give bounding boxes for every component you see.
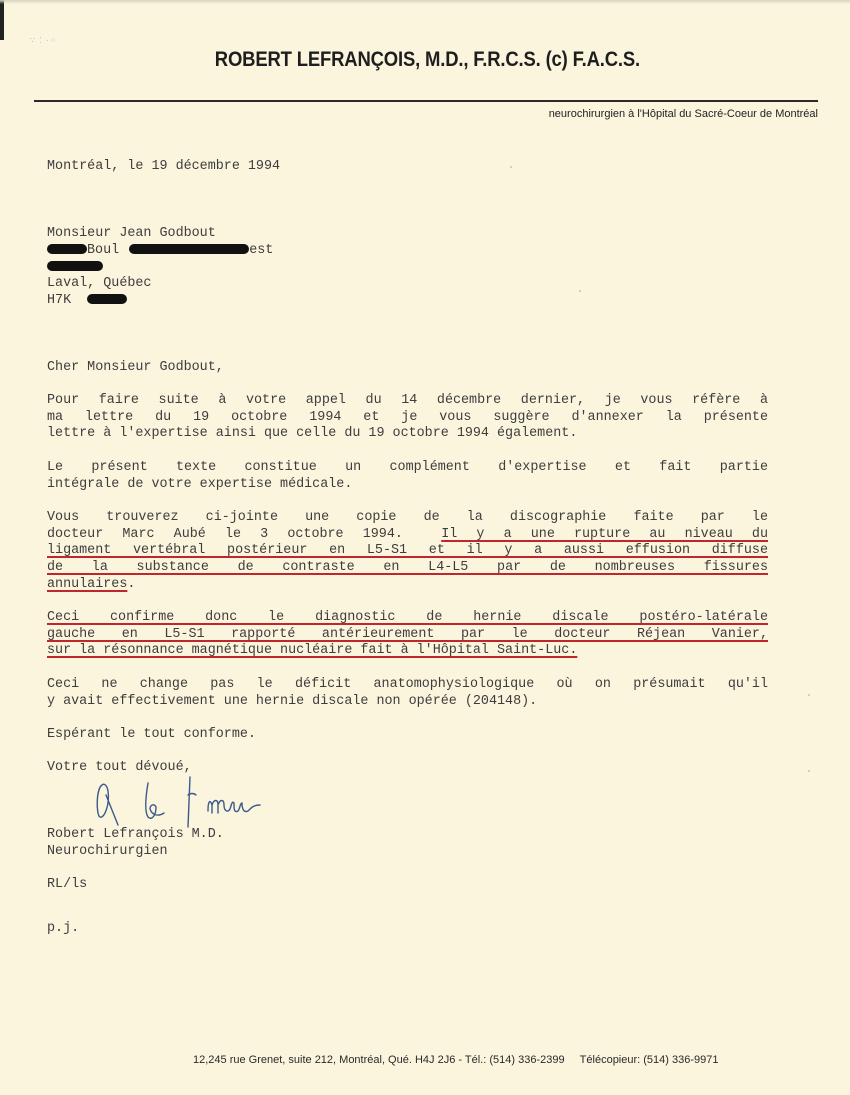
paper-speck: [808, 694, 810, 696]
closing-hope: Espérant le tout conforme.: [47, 727, 256, 744]
letterhead-subtitle: neurochirurgien à l'Hôpital du Sacré-Coe…: [549, 108, 818, 120]
date-line: Montréal, le 19 décembre 1994: [47, 159, 280, 176]
paragraph-2: Le présent texte constitue un complément…: [47, 460, 768, 493]
recipient-postal: H7K: [47, 293, 127, 310]
paragraph-5: Ceci ne change pas le déficit anatomophy…: [47, 677, 768, 710]
signer-name: Robert Lefrançois M.D.: [47, 827, 224, 844]
highlighted-text: annulaires: [47, 577, 127, 592]
letterhead-name: ROBERT LEFRANÇOIS, M.D., F.R.C.S. (c) F.…: [53, 48, 801, 72]
highlighted-text: sur la résonnance magnétique nucléaire f…: [47, 643, 577, 658]
redaction-mark: [87, 294, 127, 304]
footer-contact: 12,245 rue Grenet, suite 212, Montréal, …: [193, 1054, 718, 1066]
paragraph-3: Vous trouverez ci-jointe une copie de la…: [47, 510, 768, 593]
paragraph-1: Pour faire suite à votre appel du 14 déc…: [47, 393, 768, 443]
paper-speck: [808, 770, 810, 772]
highlighted-text: gauche en L5-S1 rapporté antérieurement …: [47, 627, 768, 644]
scan-shadow: [0, 0, 850, 4]
recipient-line3: [47, 260, 103, 277]
redaction-mark: [47, 244, 87, 254]
highlighted-text: ligament vertébral postérieur en L5-S1 e…: [47, 543, 768, 560]
highlighted-text: de la substance de contraste en L4-L5 pa…: [47, 560, 768, 577]
salutation: Cher Monsieur Godbout,: [47, 360, 224, 377]
enclosure-note: p.j.: [47, 921, 79, 938]
highlighted-text: Ceci confirme donc le diagnostic de hern…: [47, 610, 768, 627]
reference-initials: RL/ls: [47, 877, 87, 894]
paper-speck: [579, 290, 581, 292]
highlighted-text: Il y a une rupture au niveau du: [441, 527, 768, 542]
faded-stamp: ∵ ⁚ ·⁘: [30, 36, 57, 45]
footer-address: 12,245 rue Grenet, suite 212, Montréal, …: [193, 1054, 565, 1066]
paragraph-4: Ceci confirme donc le diagnostic de hern…: [47, 610, 768, 660]
redaction-mark: [129, 244, 249, 254]
paper-speck: [510, 166, 512, 168]
redaction-mark: [47, 261, 103, 271]
scan-edge: [0, 0, 4, 40]
recipient-street: Boul est: [47, 243, 273, 260]
footer-fax: Télécopieur: (514) 336-9971: [580, 1054, 719, 1066]
signer-title: Neurochirurgien: [47, 844, 168, 861]
recipient-name: Monsieur Jean Godbout: [47, 226, 216, 243]
recipient-city: Laval, Québec: [47, 276, 151, 293]
letterhead-rule: [34, 100, 818, 102]
